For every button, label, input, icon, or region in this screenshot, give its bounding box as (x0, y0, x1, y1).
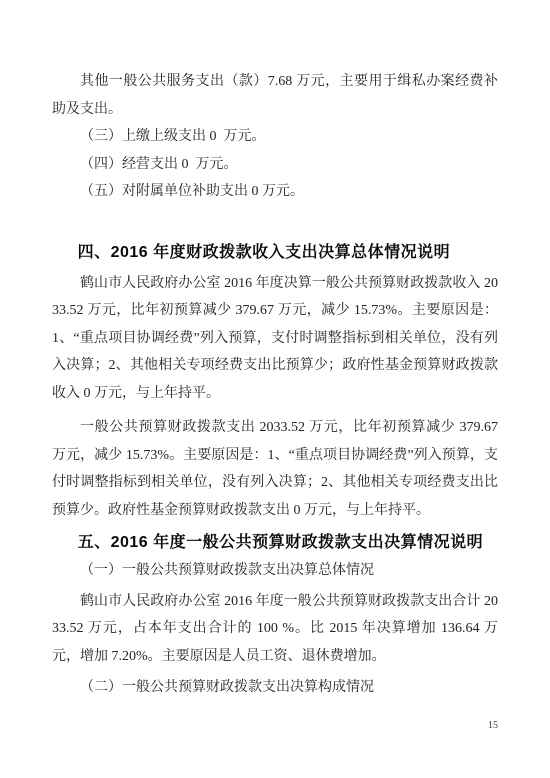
sub-heading-1-expenditure-overall: （一）一般公共预算财政拨款支出决算总体情况 (52, 557, 498, 585)
document-body: 其他一般公共服务支出（款）7.68 万元，主要用于缉私办案经费补助及支出。 （三… (52, 68, 498, 702)
list-item-3-upper-level-payment: （三）上缴上级支出 0 万元。 (52, 123, 498, 151)
list-item-4-operating-expense: （四）经营支出 0 万元。 (52, 151, 498, 179)
paragraph-appropriation-income-detail: 鹤山市人民政府办公室 2016 年度决算一般公共预算财政拨款收入 2033.52… (52, 270, 498, 408)
section-heading-4-fiscal-appropriation-overview: 四、2016 年度财政拨款收入支出决算总体情况说明 (52, 239, 498, 267)
paragraph-appropriation-expenditure-detail: 一般公共预算财政拨款支出 2033.52 万元，比年初预算减少 379.67 万… (52, 414, 498, 524)
section-heading-5-general-budget-expenditure: 五、2016 年度一般公共预算财政拨款支出决算情况说明 (52, 529, 498, 557)
paragraph-other-public-service-expense: 其他一般公共服务支出（款）7.68 万元，主要用于缉私办案经费补助及支出。 (52, 68, 498, 123)
sub-heading-2-expenditure-composition: （二）一般公共预算财政拨款支出决算构成情况 (52, 674, 498, 702)
list-item-5-subsidy-to-affiliates: （五）对附属单位补助支出 0 万元。 (52, 178, 498, 206)
paragraph-expenditure-total-detail: 鹤山市人民政府办公室 2016 年度一般公共预算财政拨款支出合计 2033.52… (52, 588, 498, 671)
page-number: 15 (488, 719, 498, 733)
document-page: 其他一般公共服务支出（款）7.68 万元，主要用于缉私办案经费补助及支出。 （三… (0, 0, 550, 778)
